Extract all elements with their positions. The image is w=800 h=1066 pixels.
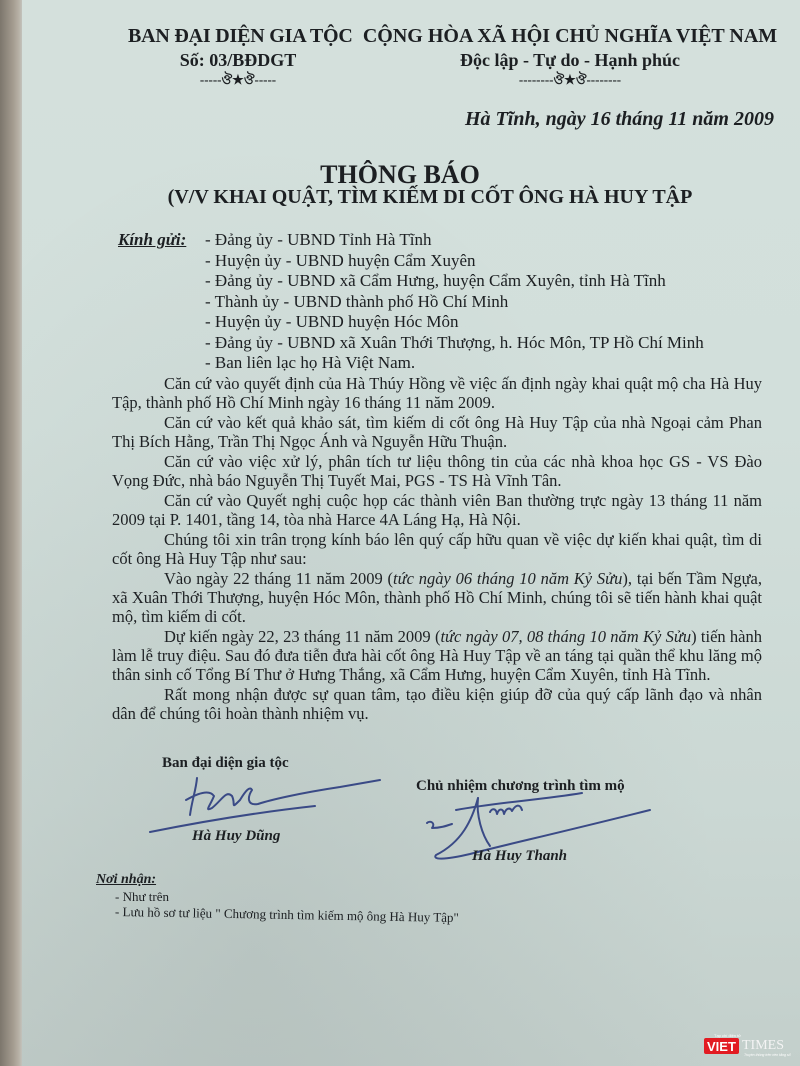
recipient-item: - Đảng ủy - UBND xã Cẩm Hưng, huyện Cẩm …: [205, 271, 704, 292]
right-signatory-title: Chủ nhiệm chương trình tìm mộ: [416, 778, 625, 795]
lunar-date: tức ngày 06 tháng 10 năm Kỷ Sửu: [393, 569, 622, 588]
watermark-brand-viet: VIET: [704, 1038, 739, 1054]
recipient-item: - Đảng ủy - UBND Tỉnh Hà Tĩnh: [205, 230, 704, 251]
right-ornament: --------ঔ★ঔ--------: [360, 72, 780, 88]
left-signatory-name: Hà Huy Dũng: [192, 828, 280, 845]
paragraph: Rất mong nhận được sự quan tâm, tạo điều…: [112, 685, 762, 723]
recipient-item: - Ban liên lạc họ Hà Việt Nam.: [205, 353, 704, 374]
distribution-label: Nơi nhận:: [96, 872, 156, 888]
document-subtitle: (V/V KHAI QUẬT, TÌM KIẾM DI CỐT ÔNG HÀ H…: [0, 186, 800, 209]
paragraph: Căn cứ vào kết quả khảo sát, tìm kiếm di…: [112, 413, 762, 451]
paragraph: Căn cứ vào Quyết nghị cuộc họp các thành…: [112, 491, 762, 529]
paragraph: Căn cứ vào việc xử lý, phân tích tư liệu…: [112, 452, 762, 490]
place-date: Hà Tĩnh, ngày 16 tháng 11 năm 2009: [465, 108, 774, 131]
national-heading: CỘNG HÒA XÃ HỘI CHỦ NGHĨA VIỆT NAM Độc l…: [360, 24, 780, 88]
distribution-item: - Như trên: [115, 889, 459, 904]
left-ornament: -----ঔ★ঔ-----: [128, 72, 348, 88]
recipient-item: - Huyện ủy - UBND huyện Cẩm Xuyên: [205, 251, 704, 272]
document-body: Căn cứ vào quyết định của Hà Thúy Hồng v…: [112, 374, 762, 723]
lunar-date: tức ngày 07, 08 tháng 10 năm Kỷ Sửu: [440, 627, 691, 646]
recipient-item: - Đảng ủy - UBND xã Xuân Thới Thượng, h.…: [205, 333, 704, 354]
recipients-list: - Đảng ủy - UBND Tỉnh Hà Tĩnh - Huyện ủy…: [205, 230, 704, 374]
left-signatory-title: Ban đại diện gia tộc: [162, 755, 289, 772]
watermark-brand-times: TIMES: [742, 1039, 784, 1053]
paragraph: Dự kiến ngày 22, 23 tháng 11 năm 2009 (t…: [112, 627, 762, 684]
text-run: Vào ngày 22 tháng 11 năm 2009 (: [164, 569, 393, 588]
document-number: Số: 03/BĐDGT: [128, 48, 348, 72]
paragraph: Vào ngày 22 tháng 11 năm 2009 (tức ngày …: [112, 569, 762, 626]
viettimes-watermark: Tạp chí điện tử VIET TIMES Truyền thông …: [700, 1030, 800, 1060]
paragraph: Chúng tôi xin trân trọng kính báo lên qu…: [112, 530, 762, 568]
distribution-list: - Như trên - Lưu hồ sơ tư liệu " Chương …: [115, 889, 459, 919]
text-run: Dự kiến ngày 22, 23 tháng 11 năm 2009 (: [164, 627, 440, 646]
watermark-tagline: Truyền thông trên nền tảng số: [744, 1053, 791, 1057]
nation-name: CỘNG HÒA XÃ HỘI CHỦ NGHĨA VIỆT NAM: [360, 24, 780, 48]
recipients-label: Kính gửi:: [118, 230, 186, 250]
sender-block: BAN ĐẠI DIỆN GIA TỘC Số: 03/BĐDGT -----ঔ…: [128, 24, 348, 88]
national-motto: Độc lập - Tự do - Hạnh phúc: [360, 48, 780, 72]
right-signatory-name: Hà Huy Thanh: [472, 848, 567, 865]
recipient-item: - Huyện ủy - UBND huyện Hóc Môn: [205, 312, 704, 333]
recipient-item: - Thành ủy - UBND thành phố Hồ Chí Minh: [205, 292, 704, 313]
paragraph: Căn cứ vào quyết định của Hà Thúy Hồng v…: [112, 374, 762, 412]
sender-organization: BAN ĐẠI DIỆN GIA TỘC: [128, 24, 348, 48]
